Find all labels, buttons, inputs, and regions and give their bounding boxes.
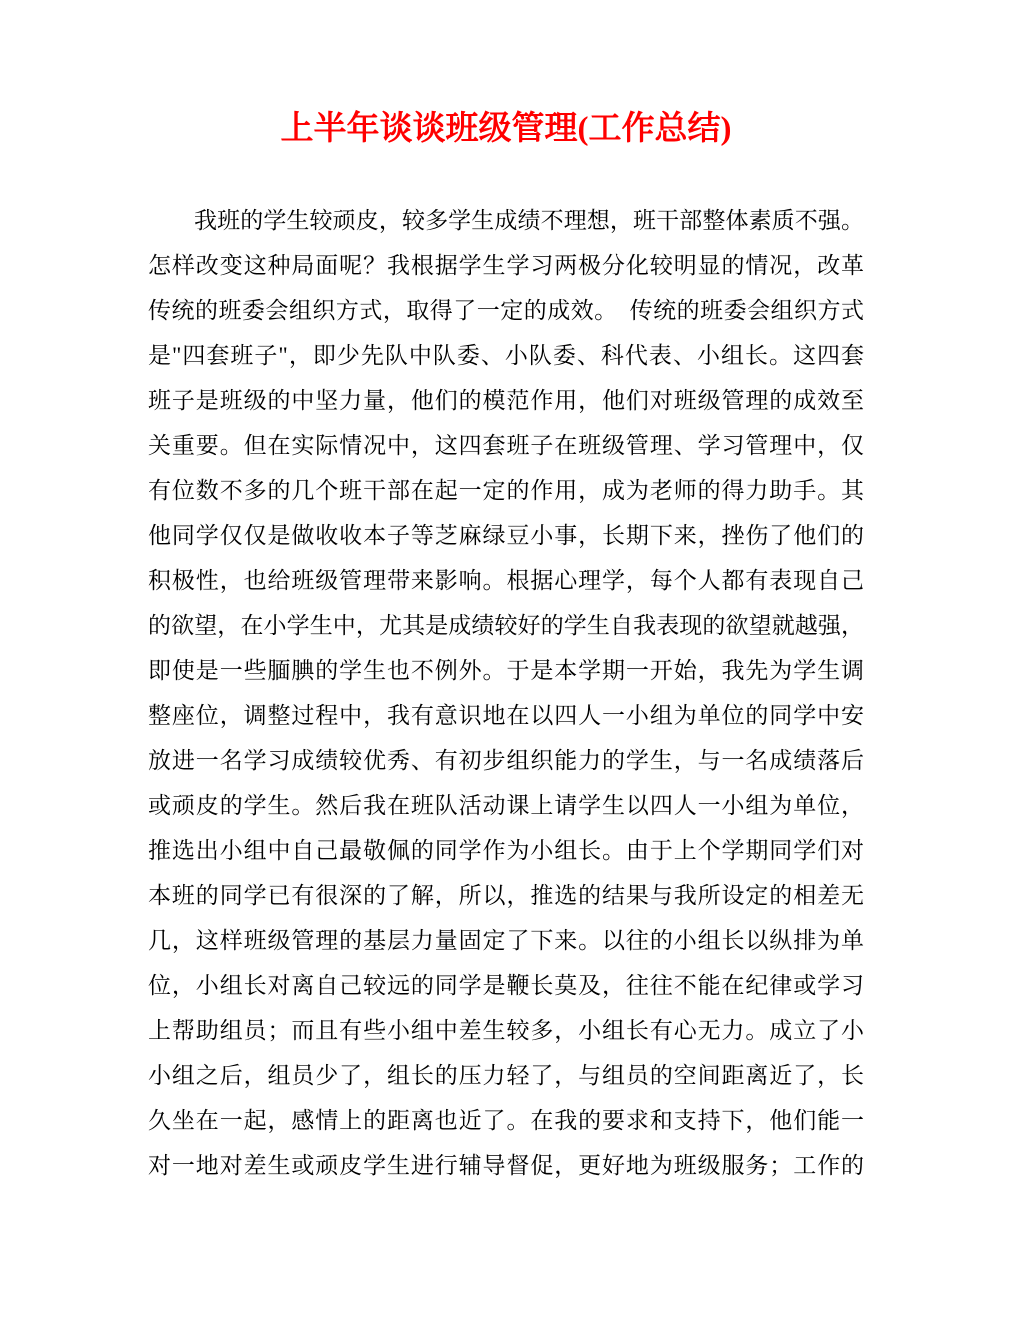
paragraph-line: 推选出小组中自己最敬佩的同学作为小组长。由于上个学期同学们对 xyxy=(148,828,864,873)
paragraph-line: 整座位，调整过程中，我有意识地在以四人一小组为单位的同学中安 xyxy=(148,693,864,738)
paragraph-line: 位，小组长对离自己较远的同学是鞭长莫及，往往不能在纪律或学习 xyxy=(148,963,864,1008)
paragraph-line: 是"四套班子"，即少先队中队委、小队委、科代表、小组长。这四套 xyxy=(148,333,864,378)
document-page: 上半年谈谈班级管理(工作总结) 我班的学生较顽皮，较多学生成绩不理想，班干部整体… xyxy=(0,0,1020,1320)
paragraph-line: 积极性，也给班级管理带来影响。根据心理学，每个人都有表现自己 xyxy=(148,558,864,603)
paragraph-line: 有位数不多的几个班干部在起一定的作用，成为老师的得力助手。其 xyxy=(148,468,864,513)
document-title: 上半年谈谈班级管理(工作总结) xyxy=(148,98,864,160)
paragraph-line: 我班的学生较顽皮，较多学生成绩不理想，班干部整体素质不强。 xyxy=(148,198,864,243)
paragraph-line: 或顽皮的学生。然后我在班队活动课上请学生以四人一小组为单位， xyxy=(148,783,864,828)
paragraph-line: 久坐在一起，感情上的距离也近了。在我的要求和支持下，他们能一 xyxy=(148,1098,864,1143)
paragraph-line: 对一地对差生或顽皮学生进行辅导督促，更好地为班级服务；工作的 xyxy=(148,1143,864,1188)
paragraph-line: 传统的班委会组织方式，取得了一定的成效。 传统的班委会组织方式 xyxy=(148,288,864,333)
paragraph-line: 几，这样班级管理的基层力量固定了下来。以往的小组长以纵排为单 xyxy=(148,918,864,963)
paragraph-line: 的欲望，在小学生中，尤其是成绩较好的学生自我表现的欲望就越强， xyxy=(148,603,864,648)
paragraph-line: 班子是班级的中坚力量，他们的模范作用，他们对班级管理的成效至 xyxy=(148,378,864,423)
paragraph-line: 本班的同学已有很深的了解，所以，推选的结果与我所设定的相差无 xyxy=(148,873,864,918)
paragraph-line: 小组之后，组员少了，组长的压力轻了，与组员的空间距离近了，长 xyxy=(148,1053,864,1098)
paragraph-line: 怎样改变这种局面呢？我根据学生学习两极分化较明显的情况，改革 xyxy=(148,243,864,288)
paragraph-line: 放进一名学习成绩较优秀、有初步组织能力的学生，与一名成绩落后 xyxy=(148,738,864,783)
document-body: 我班的学生较顽皮，较多学生成绩不理想，班干部整体素质不强。 怎样改变这种局面呢？… xyxy=(148,198,864,1188)
paragraph-line: 即使是一些腼腆的学生也不例外。于是本学期一开始，我先为学生调 xyxy=(148,648,864,693)
paragraph-line: 他同学仅仅是做收收本子等芝麻绿豆小事，长期下来，挫伤了他们的 xyxy=(148,513,864,558)
paragraph-line: 上帮助组员；而且有些小组中差生较多，小组长有心无力。成立了小 xyxy=(148,1008,864,1053)
paragraph-line: 关重要。但在实际情况中，这四套班子在班级管理、学习管理中，仅 xyxy=(148,423,864,468)
